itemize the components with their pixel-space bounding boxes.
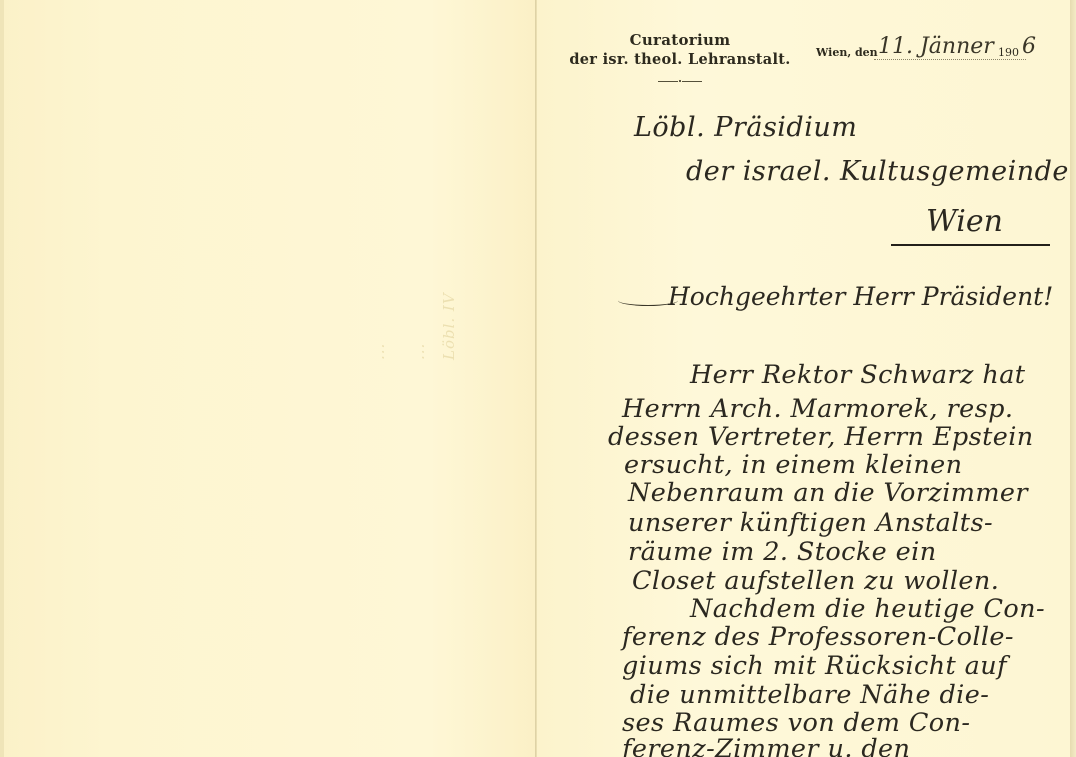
body-line: Nachdem die heutige Con- [690, 594, 1045, 624]
addressee-line-3: Wien [926, 204, 1003, 239]
letterhead-ornament-icon [658, 78, 702, 84]
bleed-through-text: Löbl. IV [440, 60, 458, 360]
letterhead-line-2: der isr. theol. Lehranstalt. [560, 50, 800, 70]
body-line: ersucht, in einem kleinen [624, 450, 962, 480]
right-paper-edge [1070, 0, 1076, 757]
document-scan: Löbl. IV ... ... Curatorium der isr. the… [0, 0, 1076, 757]
left-page-blank-verso: Löbl. IV ... ... [0, 0, 536, 757]
body-line: Herrn Arch. Marmorek, resp. [622, 394, 1013, 424]
body-line: Nebenraum an die Vorzimmer [628, 478, 1028, 508]
bleed-through-text: ... [370, 60, 388, 360]
left-paper-edge [0, 0, 4, 757]
body-line: Herr Rektor Schwarz hat [690, 360, 1025, 390]
date-year-printed: 190 [998, 46, 1019, 59]
body-line: die unmittelbare Nähe die- [630, 680, 989, 710]
body-line: ferenz-Zimmer u. den [622, 734, 910, 757]
letterhead-line-1: Curatorium [560, 30, 800, 50]
body-line: Closet aufstellen zu wollen. [632, 566, 999, 596]
letterhead: Curatorium der isr. theol. Lehranstalt. [560, 30, 800, 84]
greeting: Hochgeehrter Herr Präsident! [668, 282, 1053, 311]
body-line: unserer künftigen Anstalts- [628, 508, 993, 538]
body-line: dessen Vertreter, Herrn Epstein [608, 422, 1034, 452]
date-handwritten: 11. Jänner [878, 34, 994, 59]
date-place: Wien, den [816, 46, 878, 59]
date-year-handwritten: 6 [1022, 34, 1036, 59]
body-line: ferenz des Professoren-Colle- [622, 622, 1014, 652]
bleed-through-text: ... [410, 70, 428, 360]
body-line: räume im 2. Stocke ein [628, 537, 937, 567]
dateline: Wien, den 11. Jänner 190 6 [816, 38, 1041, 62]
addressee-underline [891, 244, 1050, 246]
date-dotted-rule [874, 59, 1026, 60]
addressee-line-1: Löbl. Präsidium [634, 112, 857, 143]
addressee-line-2: der israel. Kultusgemeinde [686, 156, 1069, 187]
body-line: giums sich mit Rücksicht auf [622, 651, 1007, 681]
